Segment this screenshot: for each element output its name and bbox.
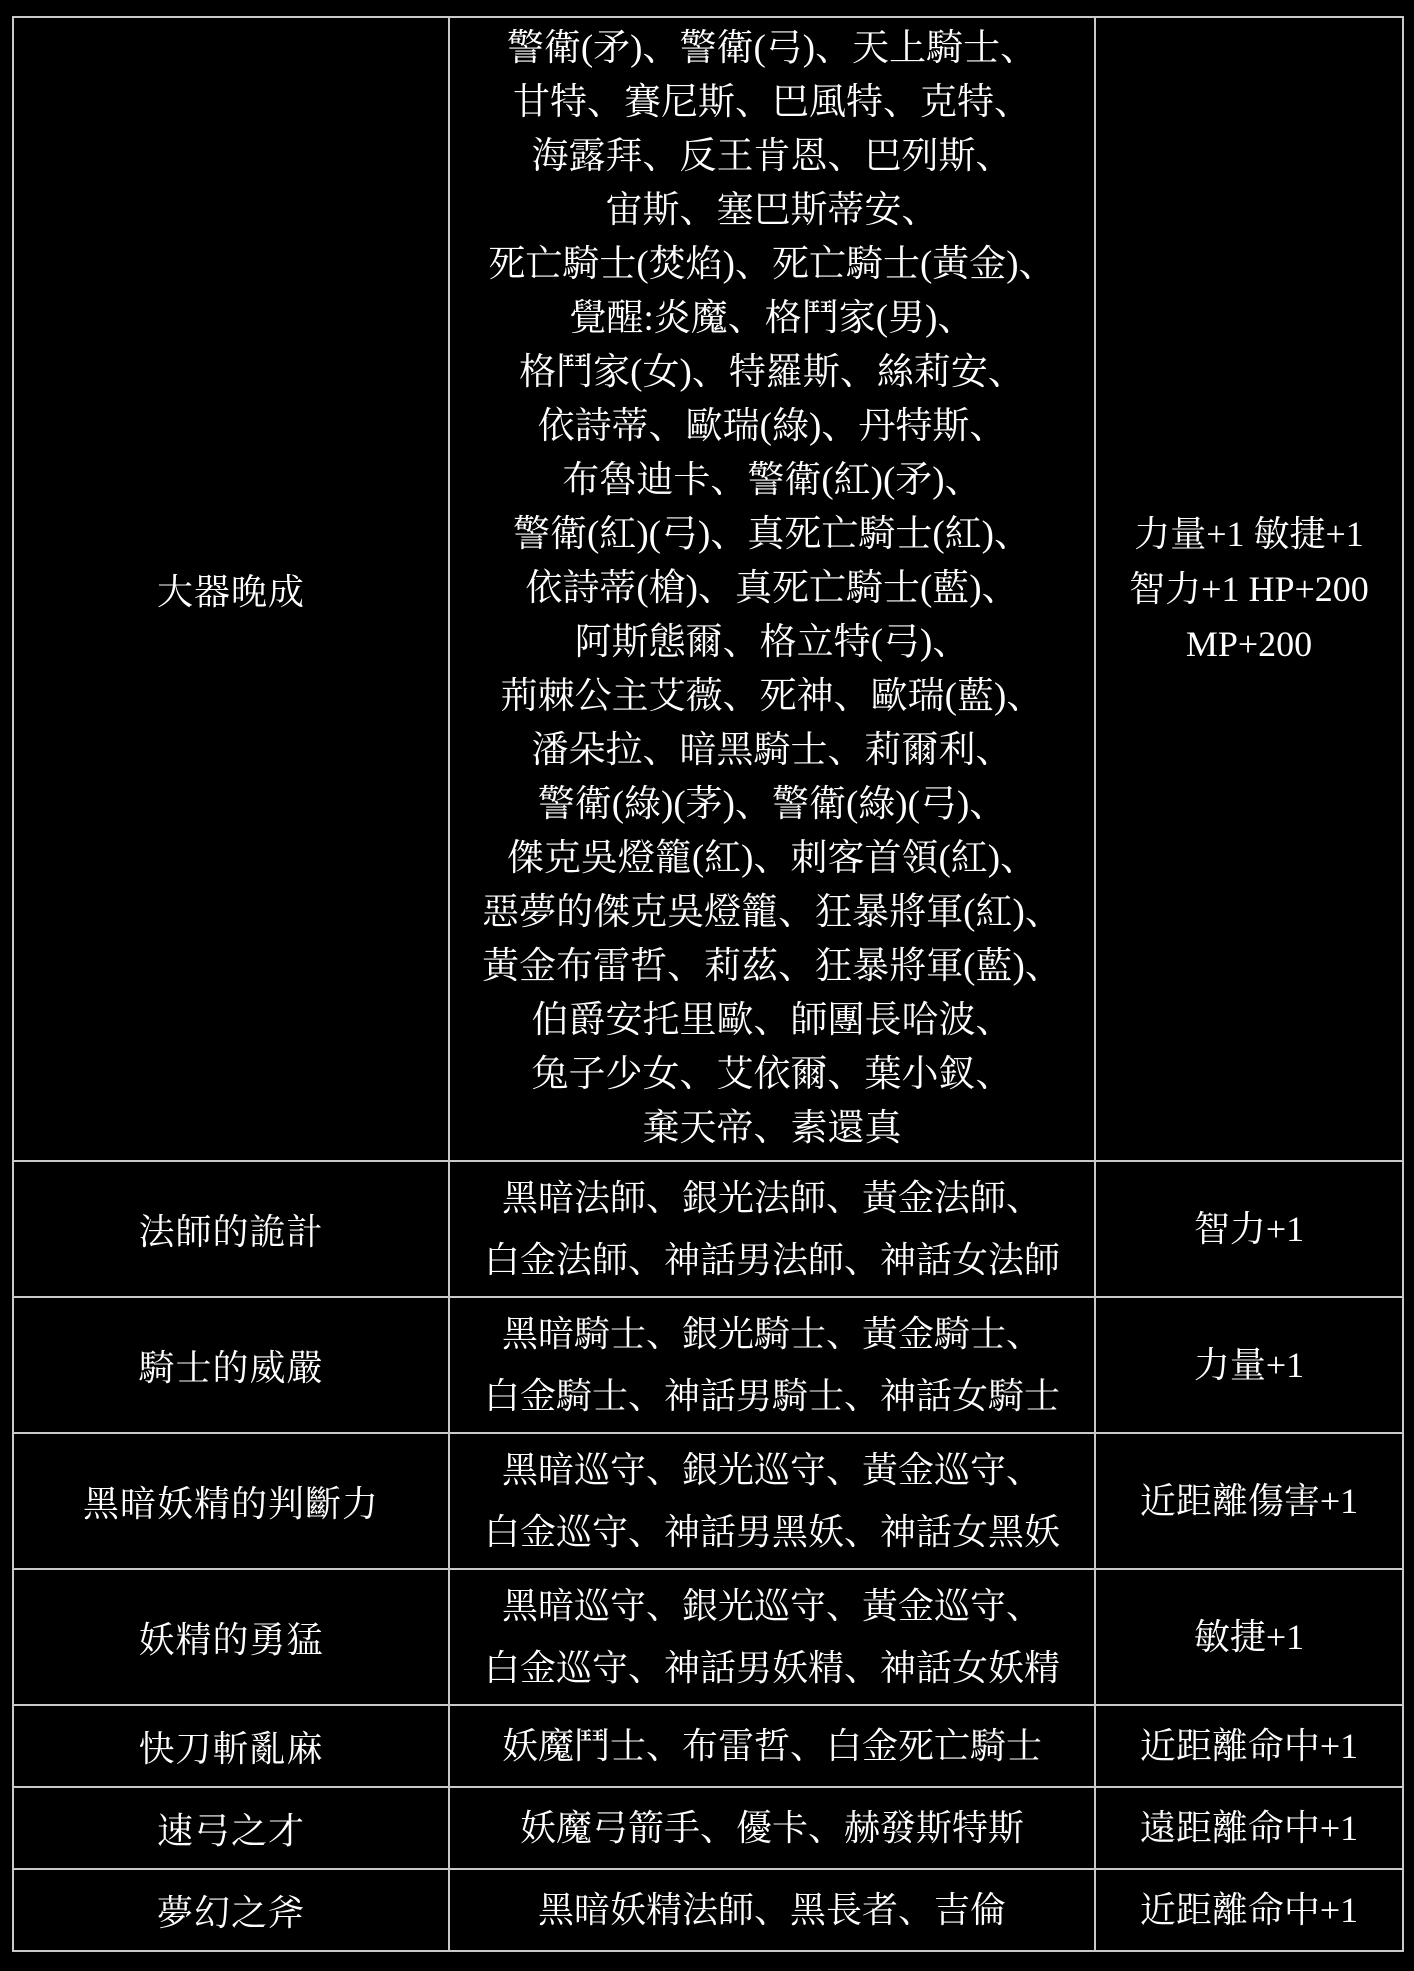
title-cell: 法師的詭計: [13, 1161, 449, 1297]
bonus-cell: 力量+1: [1095, 1297, 1403, 1433]
title-cell: 快刀斬亂麻: [13, 1705, 449, 1787]
title-cell: 夢幻之斧: [13, 1869, 449, 1951]
title-cell: 妖精的勇猛: [13, 1569, 449, 1705]
title-cell: 速弓之才: [13, 1787, 449, 1869]
bonus-cell: 遠距離命中+1: [1095, 1787, 1403, 1869]
title-cell: 黑暗妖精的判斷力: [13, 1433, 449, 1569]
table-row: 騎士的威嚴 黑暗騎士、銀光騎士、黃金騎士、 白金騎士、神話男騎士、神話女騎士 力…: [13, 1297, 1403, 1433]
table-row: 快刀斬亂麻 妖魔鬥士、布雷哲、白金死亡騎士 近距離命中+1: [13, 1705, 1403, 1787]
characters-cell: 黑暗法師、銀光法師、黃金法師、 白金法師、神話男法師、神話女法師: [449, 1161, 1095, 1297]
bonus-cell: 近距離命中+1: [1095, 1705, 1403, 1787]
bonus-cell: 敏捷+1: [1095, 1569, 1403, 1705]
bonus-cell: 近距離命中+1: [1095, 1869, 1403, 1951]
table-row: 黑暗妖精的判斷力 黑暗巡守、銀光巡守、黃金巡守、 白金巡守、神話男黑妖、神話女黑…: [13, 1433, 1403, 1569]
characters-cell: 黑暗騎士、銀光騎士、黃金騎士、 白金騎士、神話男騎士、神話女騎士: [449, 1297, 1095, 1433]
characters-cell: 黑暗巡守、銀光巡守、黃金巡守、 白金巡守、神話男黑妖、神話女黑妖: [449, 1433, 1095, 1569]
title-cell: 騎士的威嚴: [13, 1297, 449, 1433]
bonus-cell: 近距離傷害+1: [1095, 1433, 1403, 1569]
characters-cell: 妖魔鬥士、布雷哲、白金死亡騎士: [449, 1705, 1095, 1787]
bonus-cell: 智力+1: [1095, 1161, 1403, 1297]
stat-bonus-table: 大器晚成 警衛(矛)、警衛(弓)、天上騎士、 甘特、賽尼斯、巴風特、克特、 海露…: [12, 16, 1404, 1952]
title-cell: 大器晚成: [13, 17, 449, 1161]
characters-cell: 黑暗巡守、銀光巡守、黃金巡守、 白金巡守、神話男妖精、神話女妖精: [449, 1569, 1095, 1705]
table-row: 夢幻之斧 黑暗妖精法師、黑長者、吉倫 近距離命中+1: [13, 1869, 1403, 1951]
table-row: 大器晚成 警衛(矛)、警衛(弓)、天上騎士、 甘特、賽尼斯、巴風特、克特、 海露…: [13, 17, 1403, 1161]
characters-cell: 黑暗妖精法師、黑長者、吉倫: [449, 1869, 1095, 1951]
table-row: 法師的詭計 黑暗法師、銀光法師、黃金法師、 白金法師、神話男法師、神話女法師 智…: [13, 1161, 1403, 1297]
table-row: 妖精的勇猛 黑暗巡守、銀光巡守、黃金巡守、 白金巡守、神話男妖精、神話女妖精 敏…: [13, 1569, 1403, 1705]
characters-cell: 妖魔弓箭手、優卡、赫發斯特斯: [449, 1787, 1095, 1869]
table-row: 速弓之才 妖魔弓箭手、優卡、赫發斯特斯 遠距離命中+1: [13, 1787, 1403, 1869]
characters-cell: 警衛(矛)、警衛(弓)、天上騎士、 甘特、賽尼斯、巴風特、克特、 海露拜、反王肯…: [449, 17, 1095, 1161]
title-effect-table: 大器晚成 警衛(矛)、警衛(弓)、天上騎士、 甘特、賽尼斯、巴風特、克特、 海露…: [12, 16, 1404, 1952]
bonus-cell: 力量+1 敏捷+1 智力+1 HP+200 MP+200: [1095, 17, 1403, 1161]
